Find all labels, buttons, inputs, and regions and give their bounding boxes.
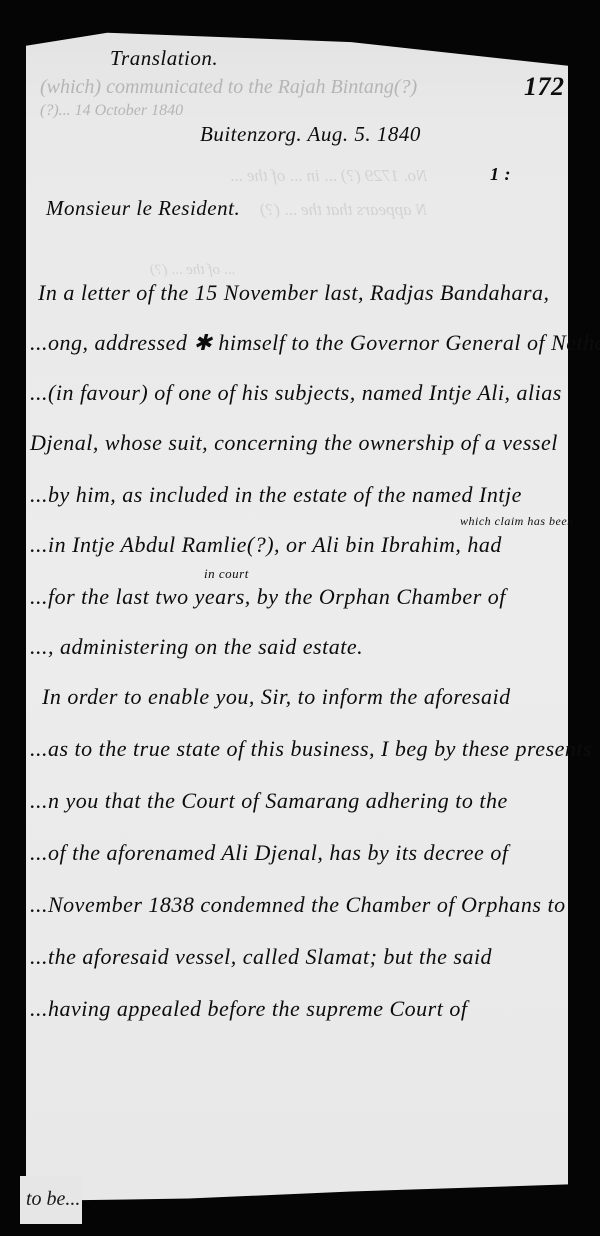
- marginal-note-line2: (?)... 14 October 1840: [40, 102, 183, 120]
- body-line: In a letter of the 15 November last, Rad…: [38, 280, 550, 306]
- page-number: 172: [524, 72, 565, 102]
- tab-fragment: to be...: [20, 1176, 82, 1224]
- body-line: Djenal, whose suit, concerning the owner…: [30, 430, 558, 456]
- body-line: ...as to the true state of this business…: [30, 736, 592, 762]
- ghost-text-1: No. 1729 (?) ... in ... of the ...: [230, 166, 427, 186]
- salutation: Monsieur le Resident.: [46, 196, 240, 221]
- body-line: ...for the last two years, by the Orphan…: [30, 584, 506, 610]
- header-label: Translation.: [110, 46, 218, 71]
- body-line: ...November 1838 condemned the Chamber o…: [30, 892, 566, 918]
- ghost-text-2: N appears that the ... (?): [260, 200, 427, 220]
- body-line: ...of the aforenamed Ali Djenal, has by …: [30, 840, 508, 866]
- body-line: ...in Intje Abdul Ramlie(?), or Ali bin …: [30, 532, 502, 558]
- body-line: ...the aforesaid vessel, called Slamat; …: [30, 944, 492, 970]
- body-line: In order to enable you, Sir, to inform t…: [42, 684, 511, 710]
- interlinear-insertion: in court: [204, 566, 249, 582]
- body-line: ...having appealed before the supreme Co…: [30, 996, 467, 1022]
- place-date: Buitenzorg. Aug. 5. 1840: [200, 122, 421, 147]
- interlinear-insertion: which claim has been: [460, 514, 574, 529]
- body-line: ..., administering on the said estate.: [30, 634, 363, 660]
- body-line: ...by him, as included in the estate of …: [30, 482, 522, 508]
- body-line: ...(in favour) of one of his subjects, n…: [30, 380, 562, 406]
- body-line: ...n you that the Court of Samarang adhe…: [30, 788, 508, 814]
- reference-mark: 1 :: [490, 164, 511, 185]
- marginal-note-line1: (which) communicated to the Rajah Bintan…: [40, 76, 417, 99]
- tab-fragment-text: to be...: [26, 1188, 80, 1211]
- ghost-text-3: ... of the ... (?): [150, 262, 235, 279]
- body-line: ...ong, addressed ✱ himself to the Gover…: [30, 330, 600, 356]
